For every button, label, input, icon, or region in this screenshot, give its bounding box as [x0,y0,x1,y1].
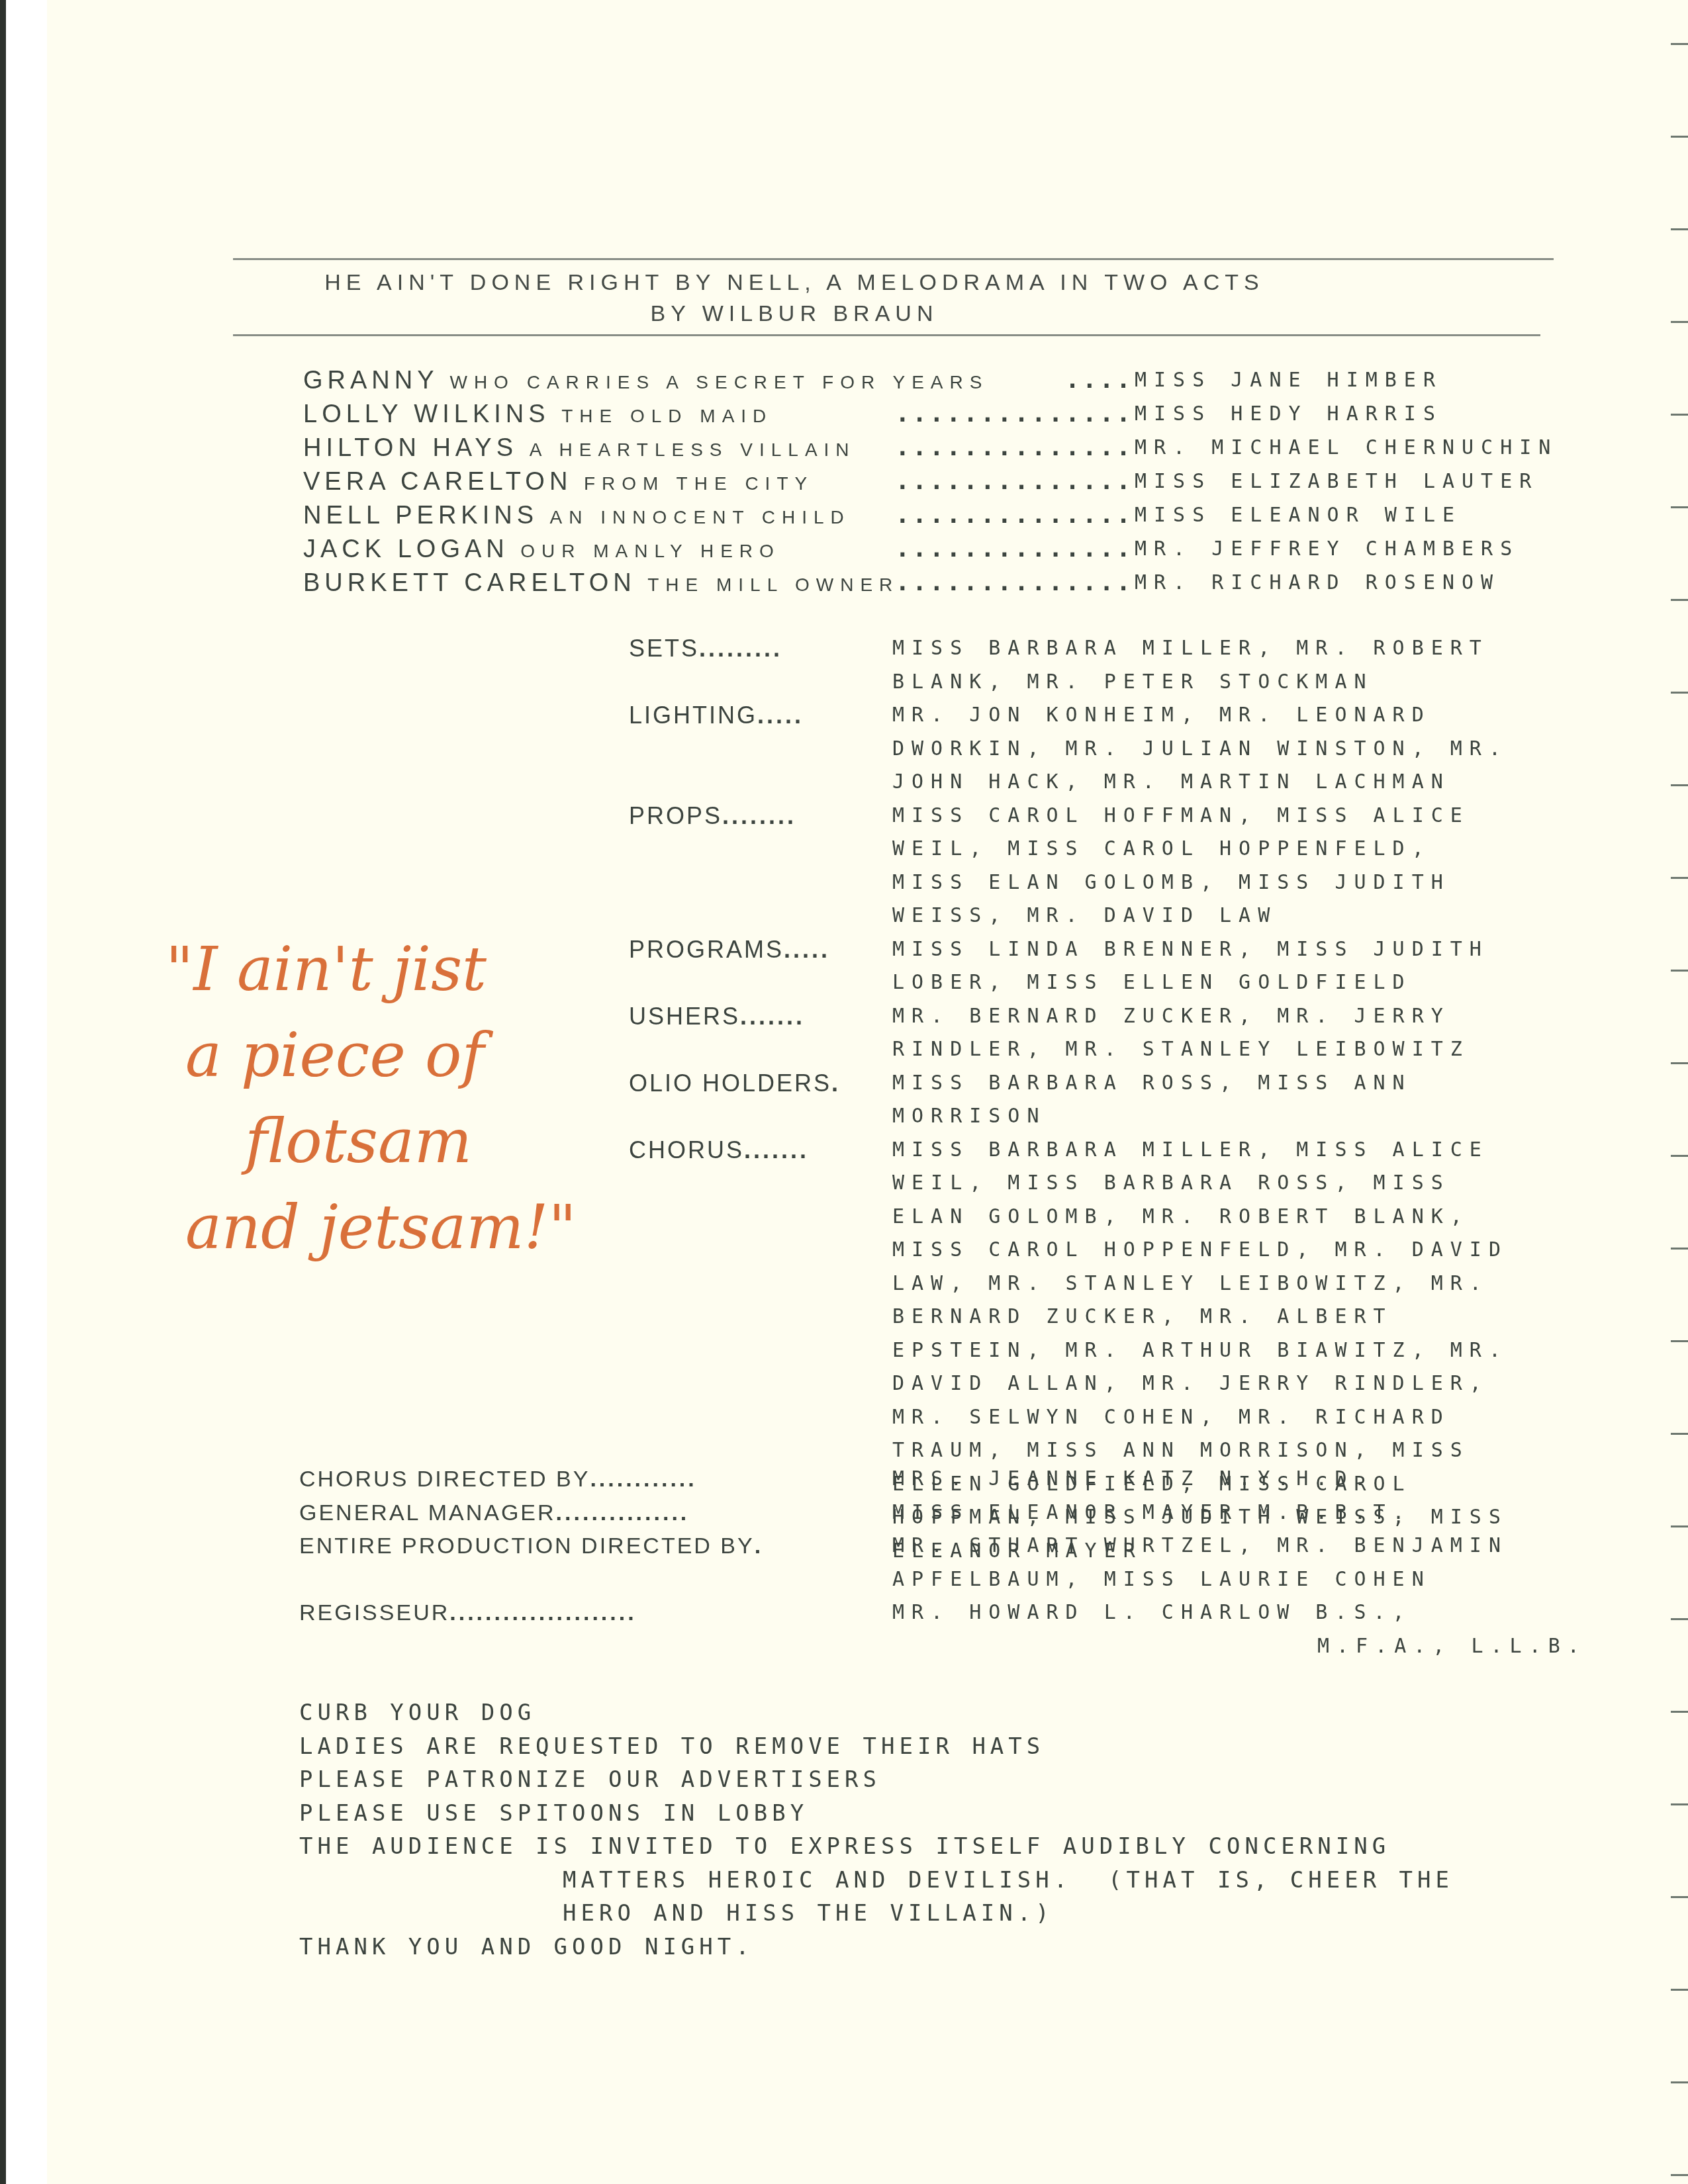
crew-names: MISS BARBARA MILLER, MR. ROBERT [892,632,1489,665]
cast-row: BURKETT CARELTON THE MILL OWNER [303,567,899,602]
crew-role: LIGHTING [629,702,757,729]
edge-tick [1671,1155,1688,1157]
crew-names: MORRISON [892,1100,1047,1133]
role-name: GRANNY [303,367,449,394]
crew-names: MR. JON KONHEIM, MR. LEONARD [892,699,1431,732]
actor-name: MR. MICHAEL CHERNUCHIN [1135,432,1558,465]
crew-names: MISS ELAN GOLOMB, MISS JUDITH [892,866,1450,899]
leader-dots: ....... [744,1136,809,1163]
leader-dots: . [755,1533,763,1559]
staff-names: MR. STUART WURTZEL, MR. BENJAMIN [892,1529,1508,1563]
crew-names: MISS CAROL HOFFMAN, MISS ALICE [892,799,1470,833]
crew-names: MISS BARBARA ROSS, MISS ANN [892,1067,1412,1100]
leader-dots: .... [1065,364,1133,397]
crew-names: BERNARD ZUCKER, MR. ALBERT [892,1300,1393,1334]
edge-tick [1671,321,1688,323]
staff-names: MISS ELEANOR MAYER M.B.B.T. [892,1496,1412,1529]
crew-label: PROGRAMS..... [629,933,830,966]
edge-tick [1671,1989,1688,1991]
crew-names: WEIL, MISS BARBARA ROSS, MISS [892,1167,1450,1200]
actor-name: MISS ELIZABETH LAUTER [1135,465,1538,498]
edge-tick [1671,1062,1688,1064]
crew-label: PROPS........ [629,799,796,833]
staff-role: CHORUS DIRECTED BY [299,1467,590,1492]
play-title: HE AIN'T DONE RIGHT BY NELL, A MELODRAMA… [225,270,1364,296]
staff-label: REGISSEUR..................... [299,1596,637,1629]
scan-edge-margin [6,0,47,2184]
staff-label: GENERAL MANAGER............... [299,1496,689,1529]
notice-line: PLEASE PATRONIZE OUR ADVERTISERS [299,1763,881,1796]
role-description: AN INNOCENT CHILD [550,507,851,527]
leader-dots: ..... [757,702,804,729]
role-description: WHO CARRIES A SECRET FOR YEARS [449,372,988,392]
edge-tick [1671,1803,1688,1805]
crew-label: USHERS....... [629,1000,805,1033]
edge-tick [1671,43,1688,45]
staff-names: M.F.A., L.L.B. [1317,1630,1587,1663]
quote-line: and jetsam!" [165,1185,629,1271]
role-description: THE OLD MAID [561,406,773,426]
crew-names: MISS CAROL HOPPENFELD, MR. DAVID [892,1234,1508,1267]
cast-row: VERA CARELTON FROM THE CITY [303,465,814,500]
edge-tick [1671,2174,1688,2176]
leader-dots: .............. [896,499,1133,532]
crew-names: MR. SELWYN COHEN, MR. RICHARD [892,1401,1450,1434]
crew-names: LAW, MR. STANLEY LEIBOWITZ, MR. [892,1267,1489,1300]
edge-tick [1671,2081,1688,2083]
edge-tick [1671,1433,1688,1435]
edge-tick [1671,1525,1688,1527]
bottom-rule [233,334,1540,336]
notice-line: THANK YOU AND GOOD NIGHT. [299,1931,754,1964]
crew-names: MR. BERNARD ZUCKER, MR. JERRY [892,1000,1450,1033]
crew-names: BLANK, MR. PETER STOCKMAN [892,666,1374,699]
role-description: OUR MANLY HERO [520,541,780,561]
scan-edge-dark [0,0,6,2184]
leader-dots: . [831,1069,841,1097]
role-name: JACK LOGAN [303,535,520,563]
crew-label: CHORUS....... [629,1134,809,1167]
edge-tick [1671,877,1688,879]
notice-line: CURB YOUR DOG [299,1696,536,1729]
crew-names: MISS BARBARA MILLER, MISS ALICE [892,1134,1489,1167]
cast-row: LOLLY WILKINS THE OLD MAID [303,398,773,433]
actor-name: MR. JEFFREY CHAMBERS [1135,533,1519,566]
edge-tick [1671,1896,1688,1898]
crew-names: MISS LINDA BRENNER, MISS JUDITH [892,933,1489,966]
notice-line: HERO AND HISS THE VILLAIN.) [563,1897,1054,1930]
edge-tick [1671,136,1688,138]
notice-line: LADIES ARE REQUESTED TO REMOVE THEIR HAT… [299,1730,1045,1763]
quote-line: a piece of [165,1013,629,1099]
leader-dots: .............. [896,398,1133,431]
crew-role: SETS [629,635,699,662]
role-name: HILTON HAYS [303,434,530,462]
staff-names: MR. HOWARD L. CHARLOW B.S., [892,1596,1412,1629]
cast-row: HILTON HAYS A HEARTLESS VILLAIN [303,432,856,467]
leader-dots: ....... [740,1003,805,1030]
edge-tick [1671,784,1688,786]
crew-label: LIGHTING..... [629,699,804,732]
actor-name: MISS ELEANOR WILE [1135,499,1462,532]
role-description: A HEARTLESS VILLAIN [530,439,856,460]
leader-dots: ..................... [449,1600,636,1625]
quote-line: "I ain't jist [165,927,629,1013]
leader-dots: .............. [896,465,1133,498]
crew-names: LOBER, MISS ELLEN GOLDFIELD [892,966,1412,999]
edge-tick [1671,1340,1688,1342]
edge-tick [1671,414,1688,416]
top-rule [233,258,1554,260]
crew-names: DWORKIN, MR. JULIAN WINSTON, MR. [892,733,1508,766]
staff-label: ENTIRE PRODUCTION DIRECTED BY. [299,1529,763,1563]
role-name: VERA CARELTON [303,468,584,496]
staff-label: CHORUS DIRECTED BY............ [299,1463,697,1496]
quote-line: flotsam [165,1099,629,1185]
edge-tick [1671,506,1688,508]
staff-role: REGISSEUR [299,1600,449,1625]
crew-names: DAVID ALLAN, MR. JERRY RINDLER, [892,1367,1489,1400]
byline: BY WILBUR BRAUN [225,301,1364,327]
crew-label: SETS......... [629,632,782,665]
edge-tick [1671,970,1688,972]
leader-dots: ........ [722,802,796,829]
leader-dots: .............. [896,567,1133,600]
role-description: THE MILL OWNER [647,574,899,595]
leader-dots: .............. [896,533,1133,566]
edge-tick [1671,1248,1688,1250]
role-description: FROM THE CITY [584,473,814,494]
edge-tick [1671,1711,1688,1713]
crew-role: CHORUS [629,1136,744,1163]
leader-dots: ............... [556,1500,690,1525]
role-name: BURKETT CARELTON [303,569,647,597]
edge-tick [1671,228,1688,230]
actor-name: MISS HEDY HARRIS [1135,398,1442,431]
notice-line: MATTERS HEROIC AND DEVILISH. (THAT IS, C… [563,1864,1454,1897]
role-name: NELL PERKINS [303,502,550,529]
crew-names: ELAN GOLOMB, MR. ROBERT BLANK, [892,1201,1470,1234]
edge-tick [1671,1618,1688,1620]
leader-dots: .............. [896,432,1133,465]
notice-line: THE AUDIENCE IS INVITED TO EXPRESS ITSEL… [299,1830,1390,1863]
cast-row: JACK LOGAN OUR MANLY HERO [303,533,780,568]
crew-names: EPSTEIN, MR. ARTHUR BIAWITZ, MR. [892,1334,1508,1367]
staff-names: MRS. JEANNE KATZ N.Y.H.D. [892,1463,1374,1496]
crew-role: USHERS [629,1003,740,1030]
crew-names: WEIL, MISS CAROL HOPPENFELD, [892,833,1431,866]
crew-role: PROPS [629,802,722,829]
leader-dots: ......... [699,635,782,662]
leader-dots: ............ [590,1467,696,1492]
crew-names: JOHN HACK, MR. MARTIN LACHMAN [892,766,1450,799]
staff-role: ENTIRE PRODUCTION DIRECTED BY [299,1533,755,1559]
actor-name: MISS JANE HIMBER [1135,364,1442,397]
crew-names: RINDLER, MR. STANLEY LEIBOWITZ [892,1033,1470,1066]
cast-row: NELL PERKINS AN INNOCENT CHILD [303,499,851,534]
cast-row: GRANNY WHO CARRIES A SECRET FOR YEARS [303,364,988,399]
notice-line: PLEASE USE SPITOONS IN LOBBY [299,1797,808,1830]
staff-role: GENERAL MANAGER [299,1500,556,1525]
leader-dots: ..... [784,936,830,963]
handwritten-quote: "I ain't jist a piece of flotsam and jet… [165,927,629,1271]
edge-tick [1671,692,1688,694]
crew-role: OLIO HOLDERS [629,1069,831,1097]
staff-names: APFELBAUM, MISS LAURIE COHEN [892,1563,1431,1596]
crew-names: WEISS, MR. DAVID LAW [892,899,1277,933]
crew-label: OLIO HOLDERS. [629,1067,841,1100]
actor-name: MR. RICHARD ROSENOW [1135,567,1500,600]
edge-tick [1671,599,1688,601]
crew-role: PROGRAMS [629,936,784,963]
role-name: LOLLY WILKINS [303,400,561,428]
